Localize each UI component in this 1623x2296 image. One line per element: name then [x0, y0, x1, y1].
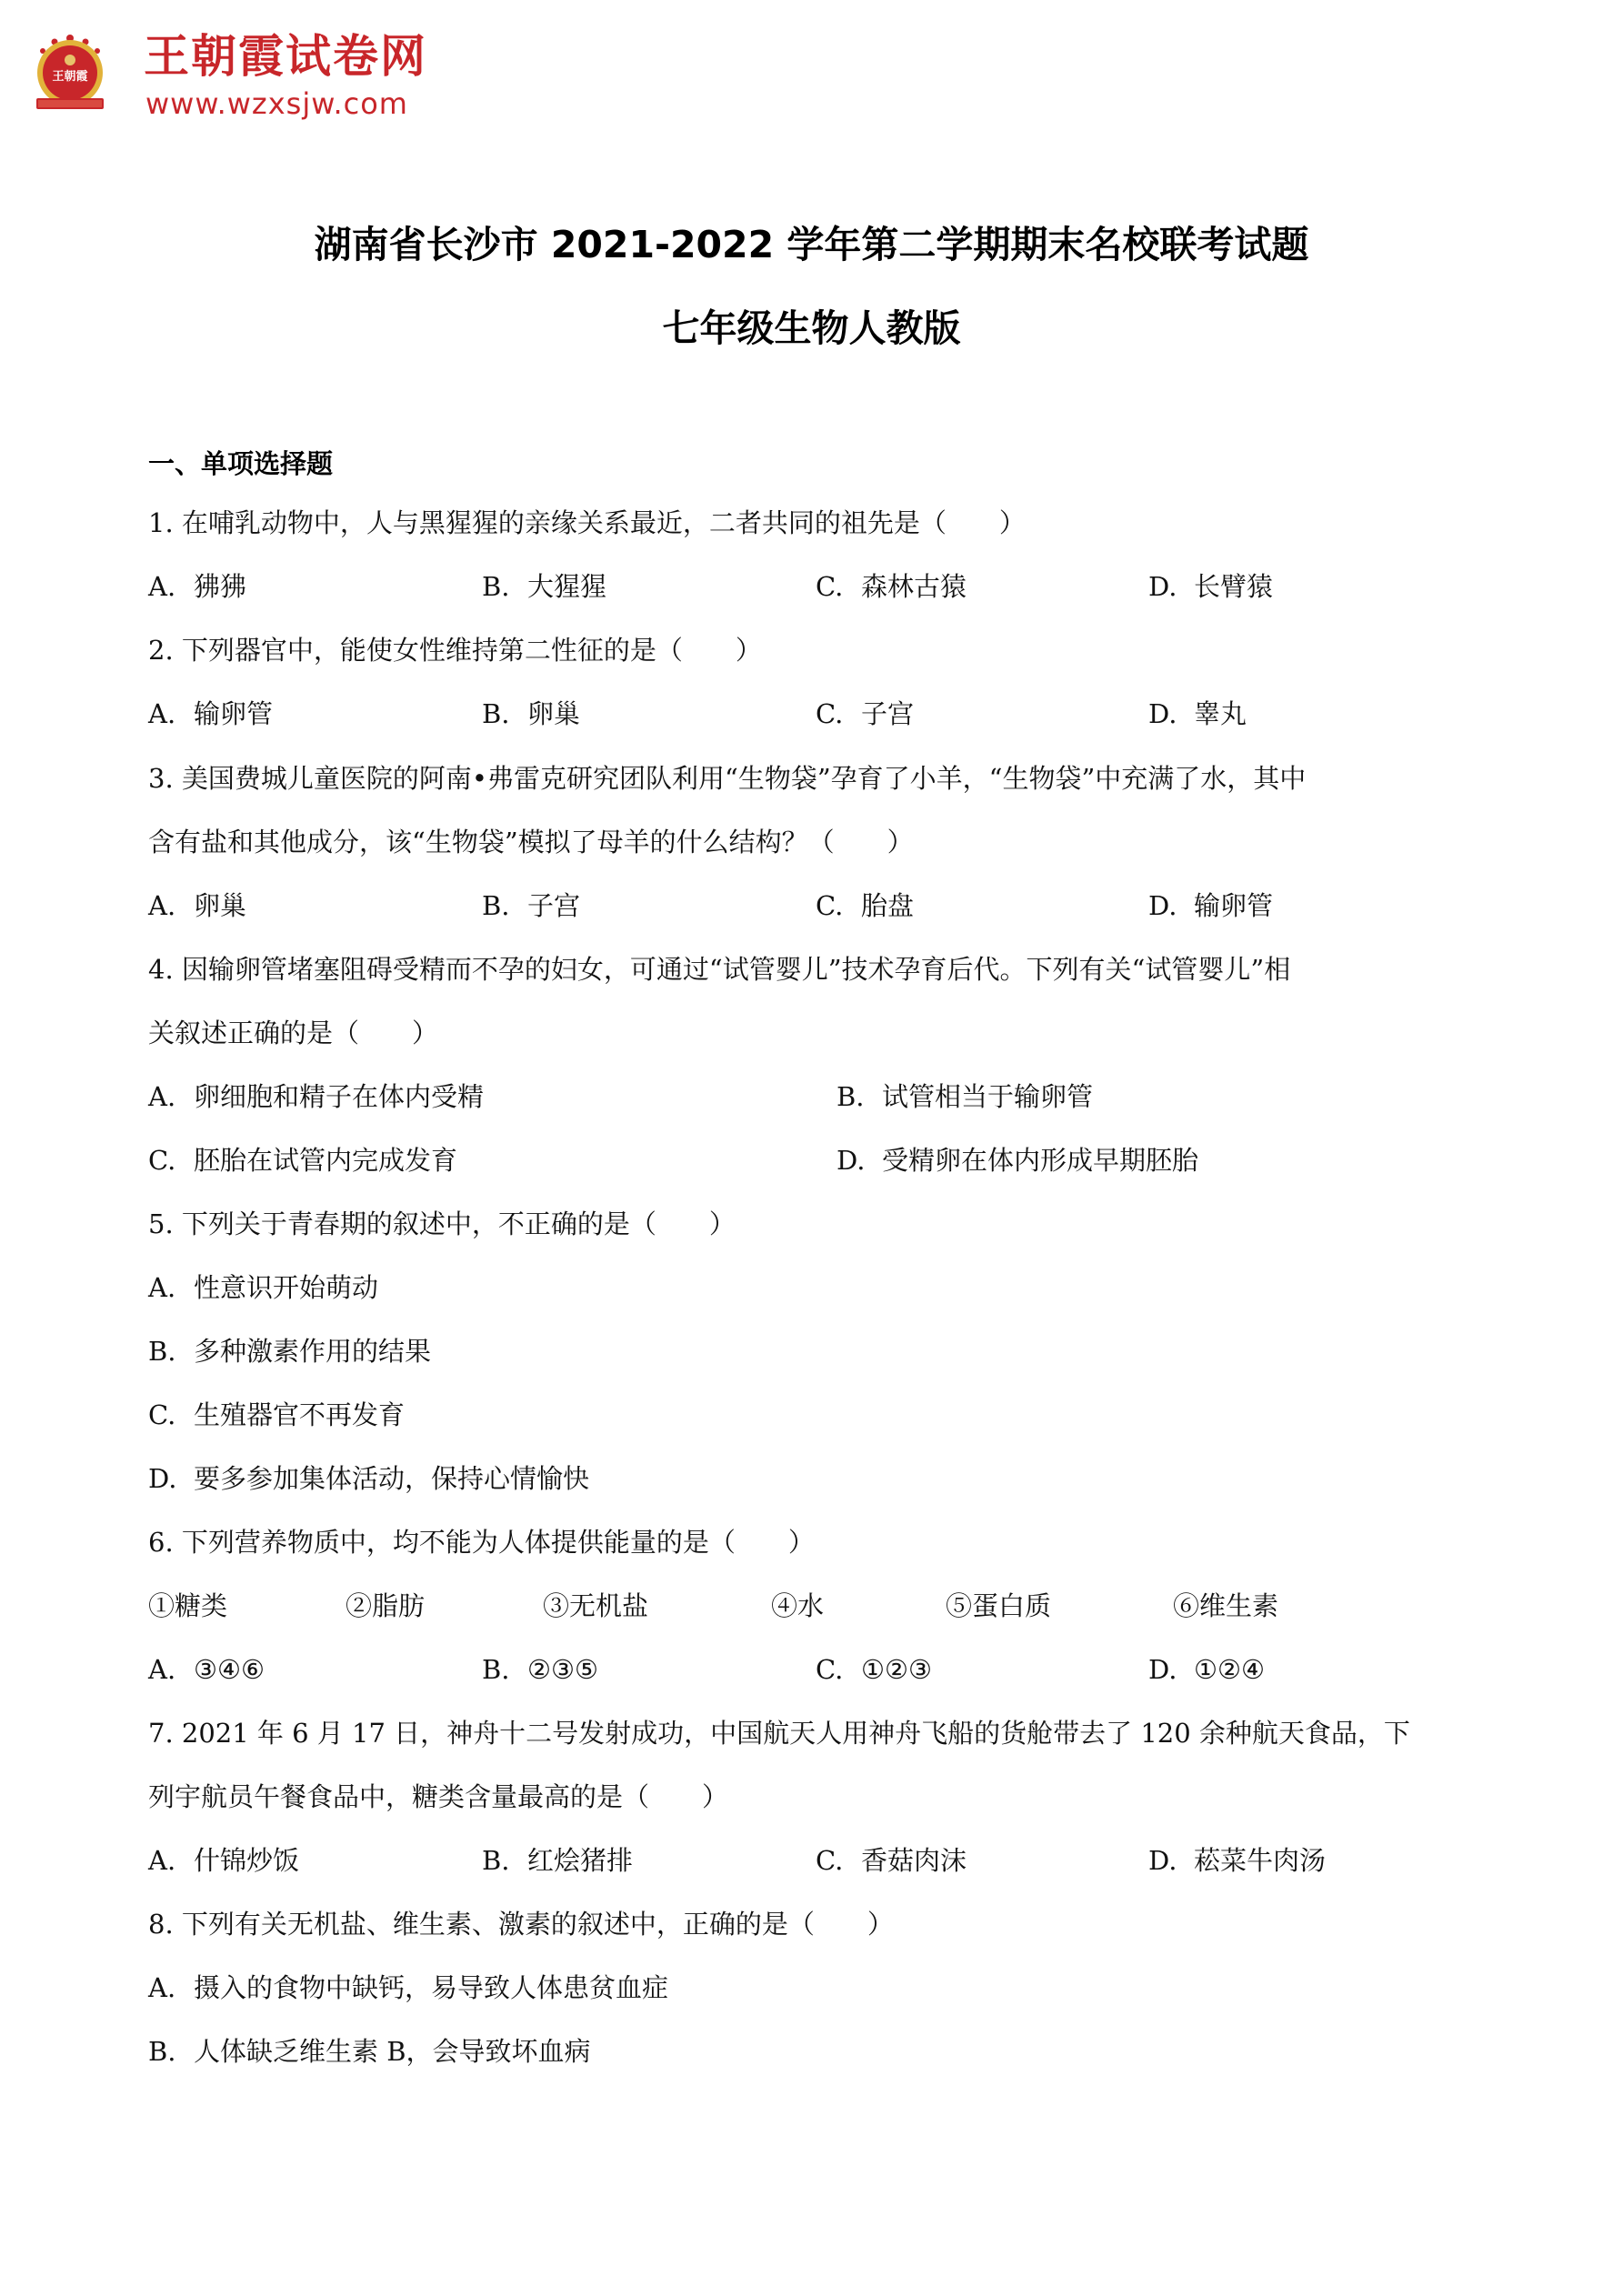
question-6-option-d: D.①②④: [1148, 1651, 1265, 1688]
logo-url[interactable]: www.wzxsjw.com: [145, 85, 408, 122]
option-label: D.: [148, 1460, 194, 1497]
option-text: 卵巢: [194, 890, 246, 921]
option-label: C.: [816, 1651, 861, 1688]
question-6-item-1: ①糖类: [148, 1588, 227, 1624]
question-7-option-c: C.香菇肉沫: [816, 1842, 967, 1879]
site-logo[interactable]: 王朝霞 王朝霞试卷网 www.wzxsjw.com: [27, 25, 409, 125]
option-label: D.: [1148, 568, 1194, 605]
question-6-item-5: ⑤蛋白质: [946, 1588, 1051, 1624]
question-3-option-d: D.输卵管: [1148, 887, 1273, 924]
option-text: 大猩猩: [527, 571, 606, 602]
question-6-option-c: C.①②③: [816, 1651, 932, 1688]
question-3-option-b: B.子宫: [482, 887, 580, 924]
question-4-option-b: B.试管相当于输卵管: [837, 1078, 1093, 1115]
option-text: 试管相当于输卵管: [882, 1081, 1093, 1112]
question-7-stem-line-2: 列宇航员午餐食品中，糖类含量最高的是（ ）: [148, 1779, 728, 1815]
question-4-option-d: D.受精卵在体内形成早期胚胎: [837, 1142, 1198, 1178]
option-label: D.: [1148, 1842, 1194, 1879]
option-text: 子宫: [861, 698, 914, 729]
option-text: 受精卵在体内形成早期胚胎: [882, 1145, 1198, 1176]
question-5-stem: 5. 下列关于青春期的叙述中，不正确的是（ ）: [148, 1206, 736, 1242]
question-7-option-d: D.菘菜牛肉汤: [1148, 1842, 1326, 1879]
question-8-stem: 8. 下列有关无机盐、维生素、激素的叙述中，正确的是（ ）: [148, 1906, 894, 1942]
option-label: C.: [816, 568, 861, 605]
option-text: ①②④: [1194, 1654, 1265, 1685]
option-label: D.: [837, 1142, 882, 1178]
option-text: 输卵管: [1194, 890, 1273, 921]
question-4-stem-line-1: 4. 因输卵管堵塞阻碍受精而不孕的妇女，可通过“试管婴儿”技术孕育后代。下列有关…: [148, 951, 1290, 988]
option-text: 摄入的食物中缺钙，易导致人体患贫血症: [194, 1972, 668, 2003]
question-2-stem: 2. 下列器官中，能使女性维持第二性征的是（ ）: [148, 632, 762, 668]
question-1-option-b: B.大猩猩: [482, 568, 606, 605]
option-text: 长臂猿: [1194, 571, 1273, 602]
question-4-option-c: C.胚胎在试管内完成发育: [148, 1142, 457, 1178]
question-8-option-b: B.人体缺乏维生素 B，会导致坏血病: [148, 2033, 591, 2070]
question-4-stem-line-2: 关叙述正确的是（ ）: [148, 1015, 438, 1051]
option-text: 子宫: [527, 890, 580, 921]
option-text: 要多参加集体活动，保持心情愉快: [194, 1463, 589, 1494]
question-7-option-a: A.什锦炒饭: [148, 1842, 299, 1879]
option-text: 红烩猪排: [527, 1845, 633, 1876]
option-label: D.: [1148, 1651, 1194, 1688]
option-text: 多种激素作用的结果: [194, 1336, 431, 1367]
question-6-item-6: ⑥维生素: [1173, 1588, 1278, 1624]
option-label: A.: [148, 1651, 194, 1688]
question-3-stem-line-2: 含有盐和其他成分，该“生物袋”模拟了母羊的什么结构？（ ）: [148, 824, 914, 860]
option-label: C.: [148, 1397, 194, 1433]
option-label: B.: [148, 2033, 194, 2070]
option-label: D.: [1148, 696, 1194, 732]
question-2-option-d: D.睾丸: [1148, 696, 1247, 732]
question-6-option-b: B.②③⑤: [482, 1651, 598, 1688]
question-1-option-a: A.狒狒: [148, 568, 246, 605]
option-label: B.: [482, 1842, 527, 1879]
option-label: B.: [482, 1651, 527, 1688]
option-label: A.: [148, 568, 194, 605]
question-2-option-b: B.卵巢: [482, 696, 580, 732]
option-text: 人体缺乏维生素 B，会导致坏血病: [194, 2036, 591, 2067]
logo-title: 王朝霞试卷网: [144, 29, 427, 84]
section-heading: 一、单项选择题: [148, 444, 333, 481]
option-text: ③④⑥: [194, 1654, 265, 1685]
option-text: 输卵管: [194, 698, 273, 729]
option-text: 胎盘: [861, 890, 914, 921]
question-3-option-a: A.卵巢: [148, 887, 246, 924]
question-1-option-c: C.森林古猿: [816, 568, 967, 605]
document-subtitle: 七年级生物人教版: [0, 298, 1623, 352]
question-1-option-d: D.长臂猿: [1148, 568, 1273, 605]
option-label: B.: [837, 1078, 882, 1115]
option-text: 卵细胞和精子在体内受精: [194, 1081, 484, 1112]
option-label: B.: [482, 887, 527, 924]
question-5-option-c: C.生殖器官不再发育: [148, 1397, 405, 1433]
option-text: 什锦炒饭: [194, 1845, 299, 1876]
option-text: 狒狒: [194, 571, 246, 602]
question-6-stem: 6. 下列营养物质中，均不能为人体提供能量的是（ ）: [148, 1524, 815, 1560]
question-6-item-4: ④水: [771, 1588, 824, 1624]
option-text: 性意识开始萌动: [194, 1272, 378, 1303]
option-text: 睾丸: [1194, 698, 1247, 729]
question-3-option-c: C.胎盘: [816, 887, 914, 924]
option-label: C.: [816, 1842, 861, 1879]
option-label: A.: [148, 696, 194, 732]
question-5-option-d: D.要多参加集体活动，保持心情愉快: [148, 1460, 589, 1497]
option-label: B.: [482, 696, 527, 732]
option-text: 森林古猿: [861, 571, 967, 602]
question-5-option-a: A.性意识开始萌动: [148, 1269, 378, 1306]
option-label: C.: [816, 696, 861, 732]
question-4-option-a: A.卵细胞和精子在体内受精: [148, 1078, 484, 1115]
question-3-stem-line-1: 3. 美国费城儿童医院的阿南•弗雷克研究团队利用“生物袋”孕育了小羊，“生物袋”…: [148, 760, 1306, 797]
question-6-item-3: ③无机盐: [543, 1588, 648, 1624]
question-7-stem-line-1: 7. 2021 年 6 月 17 日，神舟十二号发射成功，中国航天人用神舟飞船的…: [148, 1715, 1410, 1751]
option-label: A.: [148, 1269, 194, 1306]
question-6-item-2: ②脂肪: [346, 1588, 425, 1624]
option-label: B.: [148, 1333, 194, 1369]
option-text: 卵巢: [527, 698, 580, 729]
option-text: 胚胎在试管内完成发育: [194, 1145, 457, 1176]
option-text: 菘菜牛肉汤: [1194, 1845, 1326, 1876]
question-2-option-a: A.输卵管: [148, 696, 273, 732]
question-1-stem: 1. 在哺乳动物中，人与黑猩猩的亲缘关系最近，二者共同的祖先是（ ）: [148, 505, 1026, 541]
option-label: A.: [148, 1842, 194, 1879]
option-label: A.: [148, 1970, 194, 2006]
option-label: A.: [148, 1078, 194, 1115]
question-5-option-b: B.多种激素作用的结果: [148, 1333, 431, 1369]
option-text: 生殖器官不再发育: [194, 1399, 405, 1430]
document-title: 湖南省长沙市 2021-2022 学年第二学期期末名校联考试题: [0, 215, 1623, 268]
option-text: 香菇肉沫: [861, 1845, 967, 1876]
question-6-option-a: A.③④⑥: [148, 1651, 265, 1688]
svg-text:王朝霞: 王朝霞: [52, 69, 87, 84]
option-label: B.: [482, 568, 527, 605]
option-label: D.: [1148, 887, 1194, 924]
option-label: C.: [148, 1142, 194, 1178]
logo-badge-icon: 王朝霞: [29, 31, 111, 113]
option-label: C.: [816, 887, 861, 924]
option-text: ①②③: [861, 1654, 932, 1685]
option-label: A.: [148, 887, 194, 924]
question-2-option-c: C.子宫: [816, 696, 914, 732]
question-7-option-b: B.红烩猪排: [482, 1842, 633, 1879]
question-8-option-a: A.摄入的食物中缺钙，易导致人体患贫血症: [148, 1970, 668, 2006]
option-text: ②③⑤: [527, 1654, 598, 1685]
